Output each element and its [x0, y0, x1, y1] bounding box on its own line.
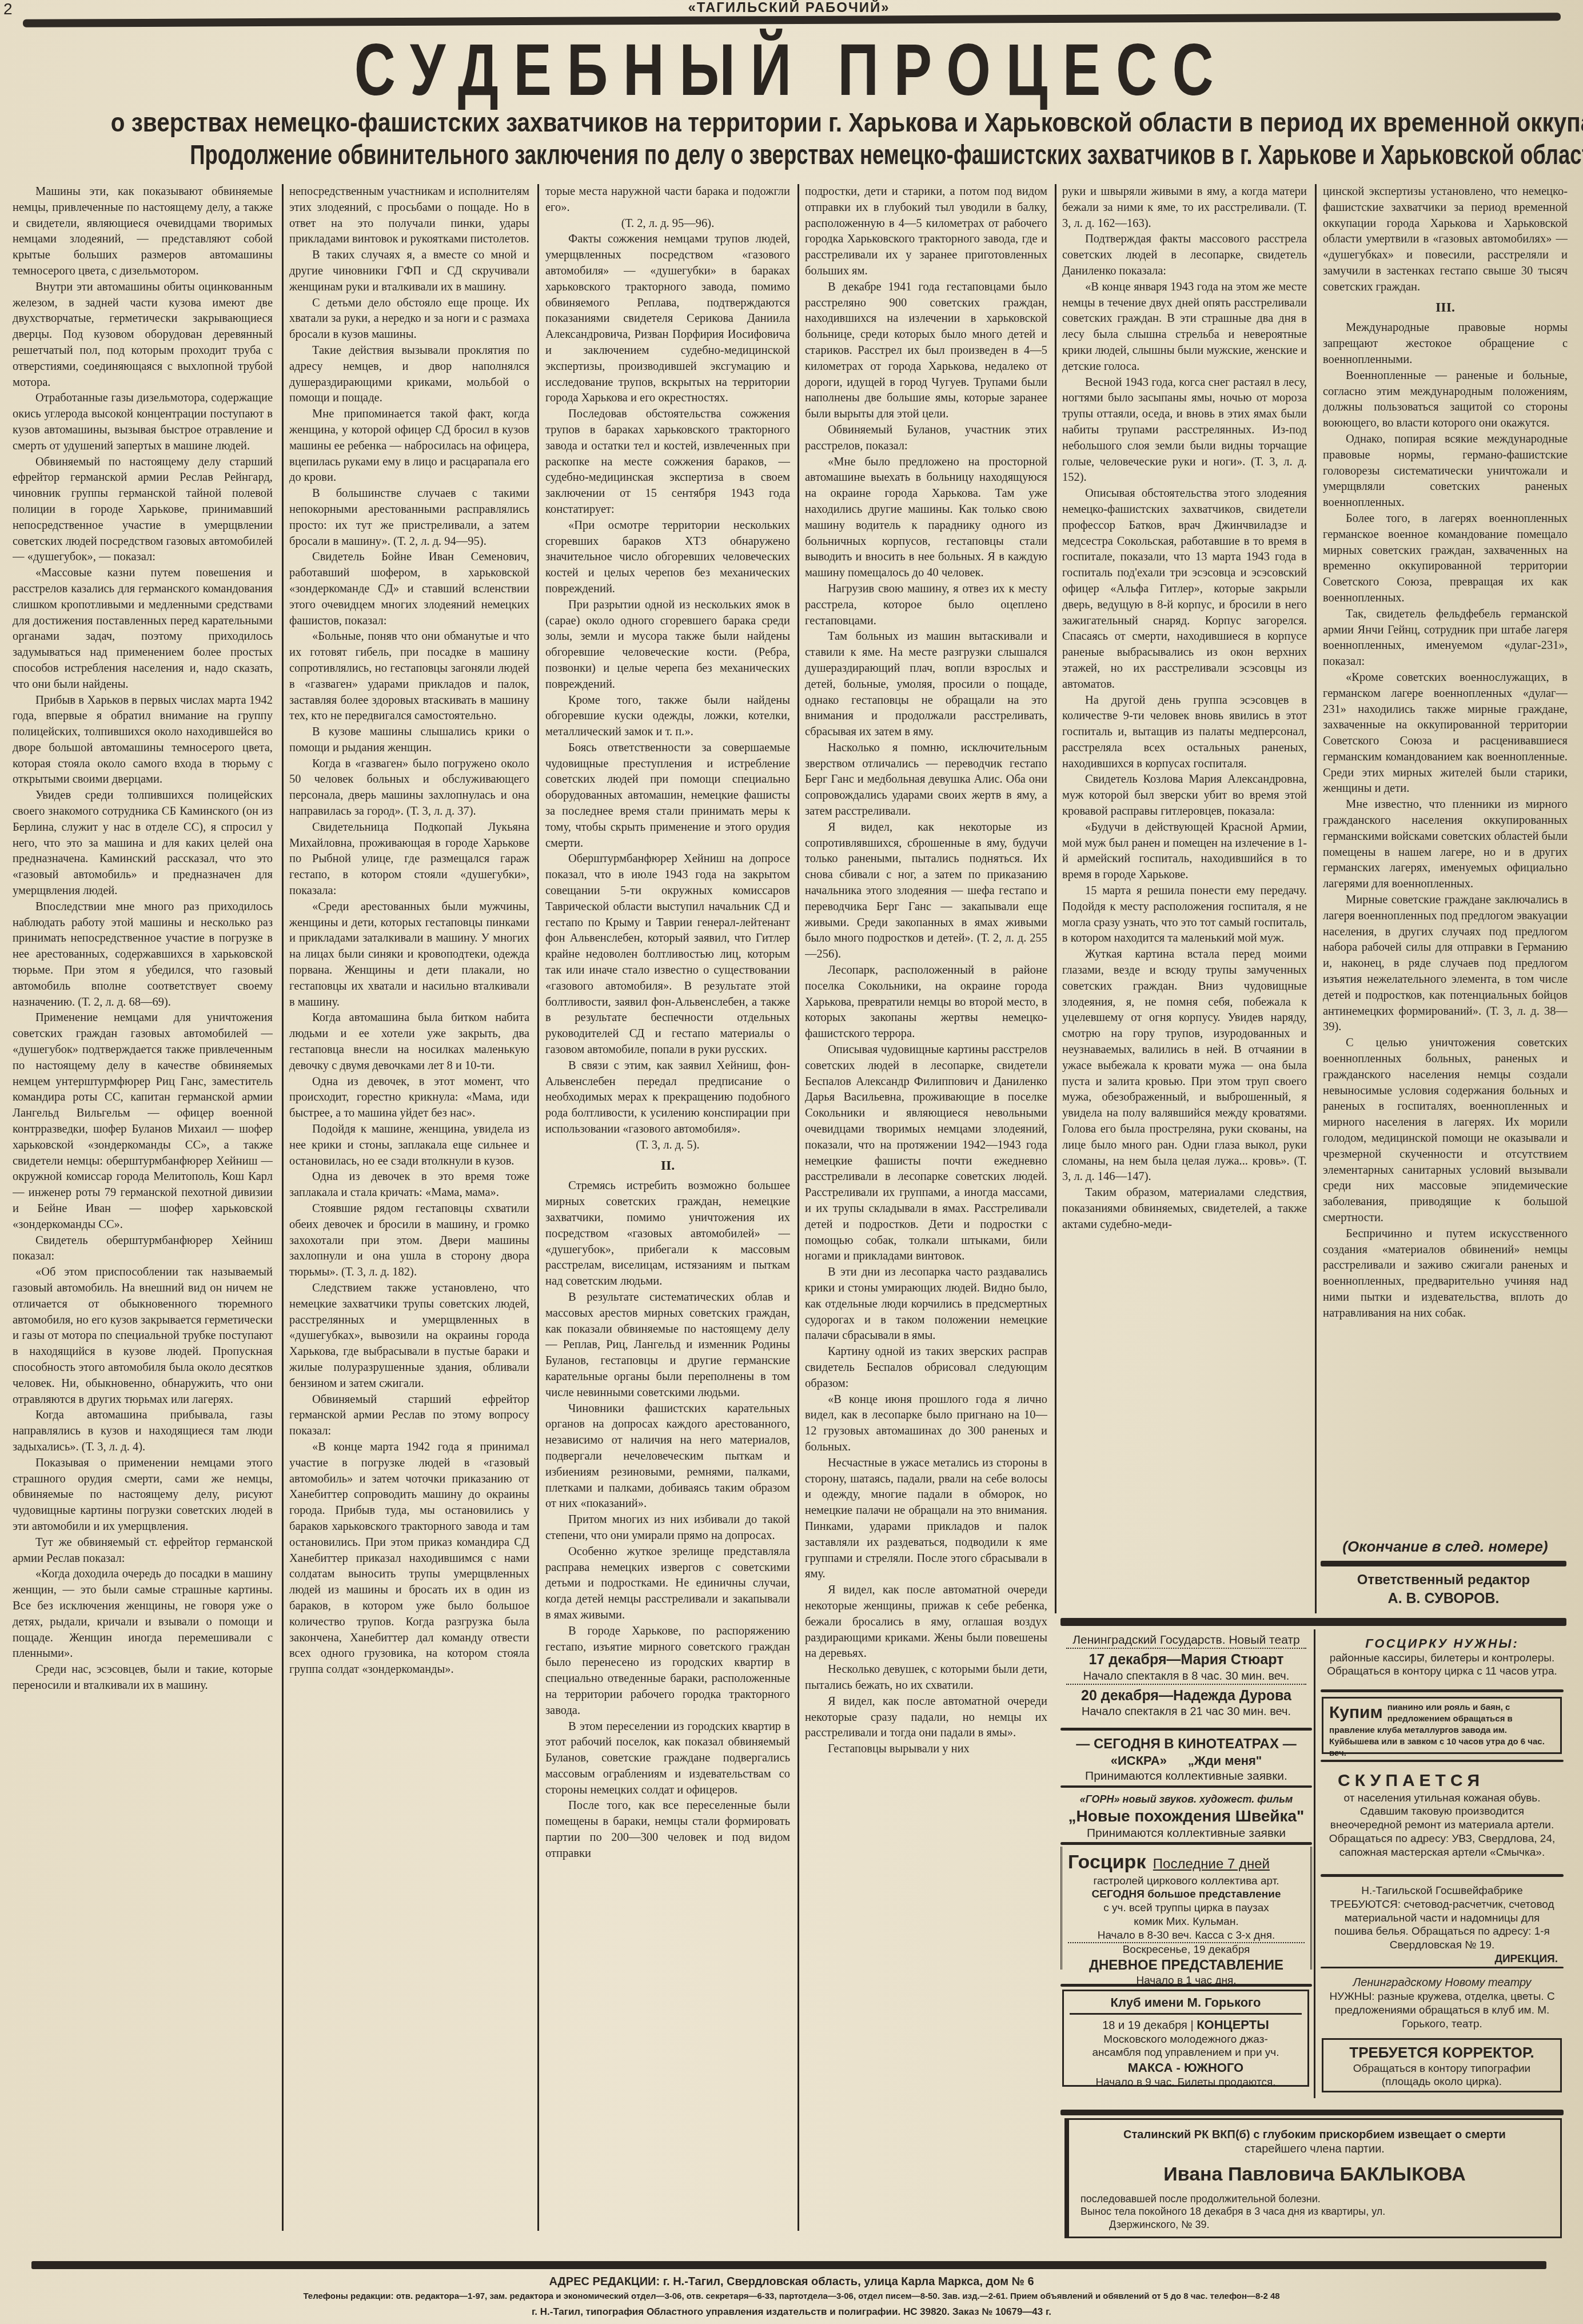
ad-corrector: ТРЕБУЕТСЯ КОРРЕКТОР. Обращаться в контор…	[1322, 2038, 1562, 2092]
paragraph: Свидетель оберштурмбанфюрер Хейниш показ…	[13, 1233, 273, 1265]
article-column-1: Машины эти, как показывают обвиняемые не…	[13, 184, 273, 2231]
section-heading-3: III.	[1323, 300, 1568, 316]
paragraph: Жуткая картина встала перед моими глазам…	[1062, 947, 1307, 1185]
paragraph: Несколько девушек, с которыми были дети,…	[805, 1662, 1047, 1694]
editor-rule	[1321, 1561, 1566, 1566]
paragraph: Факты сожжения немцами трупов людей, уме…	[545, 232, 790, 406]
new-theater-text: НУЖНЫ: разные кружева, отделка, цветы. С…	[1326, 1990, 1558, 2031]
paragraph: руки и швыряли живыми в яму, а когда мат…	[1062, 184, 1307, 232]
paragraph: Однако, попирая всякие международные пра…	[1323, 432, 1568, 511]
article-column-6: цинской экспертизы установлено, что неме…	[1323, 184, 1568, 1539]
column-divider	[537, 184, 539, 2231]
paragraph: На другой день группа эсэсовцев в количе…	[1062, 693, 1307, 772]
ad-shveyfabrika: Н.-Тагильской Госшвейфабрике ТРЕБУЮТСЯ: …	[1321, 1881, 1564, 1964]
paragraph: «Об этом приспособлении так называемый г…	[13, 1265, 273, 1408]
club-event: КОНЦЕРТЫ	[1197, 2018, 1269, 2032]
paragraph: Я видел, как после автоматной очереди не…	[805, 1582, 1047, 1662]
paragraph: С целью уничтожения советских военноплен…	[1323, 1035, 1568, 1226]
paragraph: «Мне было предложено на просторной автом…	[805, 455, 1047, 581]
paragraph: Так, свидетель фельдфебель германской ар…	[1323, 607, 1568, 670]
continuation-note: (Окончание в след. номере)	[1323, 1538, 1568, 1556]
paragraph: Международные правовые нормы запрещают ж…	[1323, 320, 1568, 368]
ad-circus: Госцирк Последние 7 дней гастролей цирко…	[1060, 1847, 1312, 1970]
circus-line: СЕГОДНЯ большое представление	[1068, 1888, 1305, 1902]
column-divider	[1315, 184, 1317, 1613]
column-divider	[282, 184, 284, 2231]
paragraph: Притом многих из них избивали до такой с…	[545, 1512, 790, 1544]
obituary-line: Вынос тела покойного 18 декабря в 3 часа…	[1075, 2205, 1554, 2218]
club-title: Клуб имени М. Горького	[1070, 1995, 1302, 2015]
club-line: ансамбля под управлением и при уч.	[1070, 2046, 1302, 2060]
paragraph: Лесопарк, расположенный в районе поселка…	[805, 963, 1047, 1042]
gorn-film: „Новые похождения Швейка"	[1066, 1806, 1306, 1826]
ad-new-theater-needs: Ленинградскому Новому театру НУЖНЫ: разн…	[1321, 1972, 1564, 2030]
kupim-title: Купим	[1329, 1702, 1383, 1724]
ads-top-rule	[1060, 1618, 1566, 1626]
paragraph: Оберштурмбанфюрер Хейниш на допросе пока…	[545, 851, 790, 1058]
circus-line: гастролей циркового коллектива арт.	[1068, 1875, 1305, 1888]
article-column-5: руки и швыряли живыми в яму, а когда мат…	[1062, 184, 1307, 1613]
paragraph: В городе Харькове, по распоряжению геста…	[545, 1624, 790, 1719]
paragraph: Машины эти, как показывают обвиняемые не…	[13, 184, 273, 280]
column-divider	[798, 184, 799, 2231]
circus-sunday: Воскресенье, 19 декабря	[1068, 1943, 1305, 1957]
ad-divider	[1060, 1728, 1312, 1731]
footer-address: АДРЕС РЕДАКЦИИ: г. Н.-Тагил, Свердловска…	[0, 2275, 1583, 2289]
club-line: Московского молодежного джаз-	[1070, 2033, 1302, 2047]
club-artist: МАКСА - ЮЖНОГО	[1070, 2060, 1302, 2076]
paragraph: Стоявшие рядом гестаповцы схватили обеих…	[289, 1201, 529, 1281]
paragraph: Последовав обстоятельства сожжения трупо…	[545, 406, 790, 518]
paragraph: Боясь ответственности за совершаемые чуд…	[545, 740, 790, 852]
ad-gorn-cinema: «ГОРН» новый звуков. художест. фильм „Но…	[1060, 1789, 1312, 1841]
paragraph: «В конце января 1943 года на этом же мес…	[1062, 280, 1307, 375]
paragraph: Внутри эти автомашины обиты оцинкованным…	[13, 280, 273, 391]
article-column-2: непосредственным участникам и исполнител…	[289, 184, 529, 2231]
shveyfabrika-line: Н.-Тагильской Госшвейфабрике	[1326, 1884, 1558, 1898]
paragraph: В результате систематических облав и мас…	[545, 1290, 790, 1401]
footer-printer: г. Н.-Тагил, типография Областного управ…	[0, 2306, 1583, 2318]
paragraph: Насколько я помню, исключительным зверст…	[805, 740, 1047, 820]
paragraph: Беспричинно и путем искусственного созда…	[1323, 1226, 1568, 1322]
gorn-line: «ГОРН» новый звуков. художест. фильм	[1066, 1793, 1306, 1806]
citation: (Т. 3, л. д. 5).	[545, 1138, 790, 1154]
ad-divider	[1321, 1689, 1564, 1692]
paragraph: торые места наружной части барака и подо…	[545, 184, 790, 216]
headline: СУДЕБНЫЙ ПРОЦЕСС	[174, 27, 1409, 113]
section-heading-2: II.	[545, 1158, 790, 1174]
editor-label: Ответственный редактор	[1321, 1572, 1566, 1588]
paragraph: Я видел, как некоторые из сопротивлявших…	[805, 820, 1047, 963]
ad-divider	[1060, 1785, 1312, 1788]
paragraph: Описывая чудовищные картины расстрелов с…	[805, 1042, 1047, 1265]
theater-title: Ленинградский Государств. Новый театр	[1066, 1633, 1306, 1649]
paragraph: После того, как все переселенные были по…	[545, 1798, 790, 1861]
skupaetsya-title: СКУПАЕТСЯ	[1326, 1770, 1558, 1792]
ad-divider	[1060, 1984, 1312, 1987]
goscirk-needs-text: районные кассиры, билетеры и контролеры.…	[1326, 1652, 1558, 1679]
circus-line: комик Мих. Кульман.	[1068, 1915, 1305, 1929]
continuation-heading: Продолжение обвинительного заключения по…	[190, 138, 1393, 173]
paragraph: Мне припоминается такой факт, когда женщ…	[289, 406, 529, 486]
paragraph: Гестаповцы вырывали у них	[805, 1741, 1047, 1757]
paragraph: Одна из девочек, в этот момент, что прои…	[289, 1074, 529, 1122]
paragraph: В кузове машины слышались крики о помощи…	[289, 724, 529, 756]
paper-name: «ТАГИЛЬСКИЙ РАБОЧИЙ»	[629, 0, 949, 16]
circus-line: с уч. всей труппы цирка в паузах	[1068, 1902, 1305, 1915]
paragraph: В связи с этим, как заявил Хейниш, фон-А…	[545, 1058, 790, 1138]
paragraph: непосредственным участникам и исполнител…	[289, 184, 529, 248]
theater-show-2-time: Начало спектакля в 21 час 30 мин. веч.	[1066, 1705, 1306, 1719]
obituary: Сталинский РК ВКП(б) с глубоким прискорб…	[1064, 2118, 1562, 2238]
editor-name: А. В. СУВОРОВ.	[1321, 1590, 1566, 1607]
paragraph: Мирные советские граждане заключались в …	[1323, 892, 1568, 1035]
paragraph: Обвиняемый старший ефрейтор германской а…	[289, 1392, 529, 1440]
paragraph: Обвиняемый Буланов, участник этих расстр…	[805, 422, 1047, 455]
obituary-line: Дзержинского, № 39.	[1075, 2218, 1554, 2231]
paragraph: подростки, дети и старики, а потом под в…	[805, 184, 1047, 280]
paragraph: цинской экспертизы установлено, что неме…	[1323, 184, 1568, 296]
theater-show-1-time: Начало спектакля в 8 час. 30 мин. веч.	[1066, 1669, 1306, 1685]
paragraph: Стремясь истребить возможно большее мирн…	[545, 1178, 790, 1290]
ad-divider	[1321, 1874, 1564, 1877]
paragraph: «При осмотре территории нескольких сгоре…	[545, 518, 790, 597]
paragraph: В декабре 1941 года гестаповцами было ра…	[805, 280, 1047, 422]
paragraph: Применение немцами для уничтожения совет…	[13, 1010, 273, 1233]
paragraph: Свидетель Козлова Мария Александровна, м…	[1062, 772, 1307, 819]
paragraph: Чиновники фашистских карательных органов…	[545, 1401, 790, 1513]
corrector-title: ТРЕБУЕТСЯ КОРРЕКТОР.	[1329, 2043, 1554, 2062]
shveyfabrika-text: ТРЕБУЮТСЯ: счетовод-расчетчик, счетовод …	[1326, 1898, 1558, 1952]
paragraph: Увидев среди толпившихся полицейских сво…	[13, 788, 273, 899]
paragraph: Описывая обстоятельства этого злодеяния …	[1062, 486, 1307, 692]
paragraph: В этом переселении из городских квартир …	[545, 1719, 790, 1799]
ad-kupim: Купим пианино или рояль и баян, с предло…	[1322, 1697, 1562, 1754]
circus-header: Госцирк Последние 7 дней	[1068, 1850, 1305, 1875]
ad-divider	[1060, 1842, 1312, 1845]
paragraph: Прибыв в Харьков в первых числах марта 1…	[13, 693, 273, 788]
circus-title: Госцирк	[1068, 1851, 1146, 1873]
club-dates: 18 и 19 декабря	[1102, 2019, 1187, 2032]
paragraph: 15 марта я решила понести ему передачу. …	[1062, 883, 1307, 947]
ad-cinema: — СЕГОДНЯ В КИНОТЕАТРАХ — «ИСКРА» „Жди м…	[1060, 1732, 1312, 1784]
paragraph: «Больные, поняв что они обманутые и что …	[289, 629, 529, 724]
paragraph: Следствием также установлено, что немецк…	[289, 1281, 529, 1392]
paragraph: Среди нас, эсэсовцев, были и такие, кото…	[13, 1662, 273, 1694]
paragraph: «Когда доходила очередь до посадки в маш…	[13, 1566, 273, 1662]
paragraph: «В конце марта 1942 года я принимал учас…	[289, 1440, 529, 1678]
paragraph: С детьми дело обстояло еще проще. Их хва…	[289, 296, 529, 343]
cinema-title: — СЕГОДНЯ В КИНОТЕАТРАХ —	[1066, 1736, 1306, 1753]
cinema-film: „Жди меня"	[1188, 1753, 1262, 1768]
cinema-note: Принимаются коллективные заявки.	[1066, 1769, 1306, 1784]
paragraph: Кроме того, также были найдены обгоревши…	[545, 693, 790, 740]
goscirk-needs-title: ГОСЦИРКУ НУЖНЫ:	[1326, 1636, 1558, 1652]
ads-divider	[1314, 1629, 1315, 2098]
circus-matinee: ДНЕВНОЕ ПРЕДСТАВЛЕНИЕ	[1068, 1957, 1305, 1974]
ad-club-concert: Клуб имени М. Горького 18 и 19 декабря |…	[1062, 1990, 1309, 2087]
paragraph: Показывая о применении немцами этого стр…	[13, 1456, 273, 1535]
paragraph: Подтверждая факты массового расстрела со…	[1062, 232, 1307, 279]
paragraph: В эти дни из лесопарка часто раздавались…	[805, 1265, 1047, 1344]
circus-subtitle: Последние 7 дней	[1153, 1856, 1270, 1872]
editor-block: Ответственный редактор А. В. СУВОРОВ.	[1321, 1572, 1566, 1607]
cinema-venue: «ИСКРА»	[1111, 1753, 1167, 1768]
paragraph: «Будучи в действующей Красной Армии, мой…	[1062, 820, 1307, 883]
newspaper-page: 2 «ТАГИЛЬСКИЙ РАБОЧИЙ» СУДЕБНЫЙ ПРОЦЕСС …	[0, 0, 1583, 2324]
new-theater-line: Ленинградскому Новому театру	[1326, 1976, 1558, 1990]
cinema-listing: «ИСКРА» „Жди меня"	[1066, 1753, 1306, 1769]
ad-divider	[1321, 1760, 1564, 1762]
paragraph: Таким образом, материалами следствия, по…	[1062, 1185, 1307, 1233]
paragraph: Особенно жуткое зрелище представляла рас…	[545, 1544, 790, 1624]
subheadline: о зверствах немецко-фашистских захватчик…	[111, 106, 1472, 138]
corrector-text: Обращаться в контору типографии (площадь…	[1329, 2062, 1554, 2090]
obituary-line: Сталинский РК ВКП(б) с глубоким прискорб…	[1075, 2128, 1554, 2142]
article-column-4: подростки, дети и старики, а потом под в…	[805, 184, 1047, 2231]
circus-line: Начало в 8-30 веч. Касса с 3-х дня.	[1068, 1929, 1305, 1944]
obituary-top-rule	[1060, 2110, 1564, 2115]
club-dates-row: 18 и 19 декабря | КОНЦЕРТЫ	[1070, 2017, 1302, 2033]
paragraph: Отработанные газы дизельмотора, содержащ…	[13, 390, 273, 454]
gorn-note: Принимаются коллективные заявки	[1066, 1826, 1306, 1841]
ad-goscirk-needs: ГОСЦИРКУ НУЖНЫ: районные кассиры, билете…	[1321, 1632, 1564, 1687]
paragraph: Там больных из машин вытаскивали и стави…	[805, 629, 1047, 740]
paragraph: «В конце июня прошлого года я лично виде…	[805, 1392, 1047, 1456]
paragraph: Подойдя к машине, женщина, увидела из не…	[289, 1122, 529, 1169]
paragraph: Обвиняемый по настоящему делу старший еф…	[13, 455, 273, 566]
paragraph: «Кроме советских военнослужащих, в герма…	[1323, 670, 1568, 797]
paragraph: Такие действия вызывали проклятия по адр…	[289, 343, 529, 406]
paragraph: «Массовые казни путем повешения и расстр…	[13, 565, 273, 692]
theater-show-1: 17 декабря—Мария Стюарт	[1066, 1651, 1306, 1669]
paragraph: Свидетель Бойне Иван Семенович, работавш…	[289, 549, 529, 629]
paragraph: Когда в «газваген» было погружено около …	[289, 756, 529, 820]
footer-phones: Телефоны редакции: отв. редактора—1-97, …	[0, 2291, 1583, 2301]
shveyfabrika-sign: ДИРЕКЦИЯ.	[1326, 1952, 1558, 1966]
ad-theater: Ленинградский Государств. Новый театр 17…	[1060, 1629, 1312, 1727]
paragraph: Весной 1943 года, когса снег растаял в л…	[1062, 375, 1307, 487]
theater-show-2: 20 декабря—Надежда Дурова	[1066, 1687, 1306, 1705]
obituary-name: Ивана Павловича БАКЛЫКОВА	[1075, 2162, 1554, 2187]
paragraph: Мне известно, что пленники из мирного гр…	[1323, 797, 1568, 892]
paragraph: Свидетельница Подкопай Лукьяна Михайловн…	[289, 820, 529, 899]
paragraph: В большинстве случаев с такими непокорны…	[289, 486, 529, 549]
paragraph: Впоследствии мне много раз приходилось н…	[13, 899, 273, 1011]
footer-rule	[31, 2261, 1546, 2269]
paragraph: Тут же обвиняемый ст. ефрейтор германско…	[13, 1535, 273, 1567]
paragraph: Когда автомашина прибывала, газы направл…	[13, 1408, 273, 1455]
paragraph: Я видел, как после автоматной очереди не…	[805, 1694, 1047, 1741]
ad-skupaetsya: СКУПАЕТСЯ от населения утильная кожаная …	[1321, 1767, 1564, 1867]
obituary-line: старейшего члена партии.	[1075, 2142, 1554, 2156]
paragraph: Одна из девочек в это время тоже заплака…	[289, 1169, 529, 1201]
paragraph: «Среди арестованных были мужчины, женщин…	[289, 899, 529, 1011]
article-column-3: торые места наружной части барака и подо…	[545, 184, 790, 2231]
ad-divider	[1321, 1967, 1564, 1968]
paragraph: При разрытии одной из нескольких ямок в …	[545, 597, 790, 693]
paragraph: Несчастные в ужасе метались из стороны в…	[805, 1456, 1047, 1582]
skupaetsya-text: от населения утильная кожаная обувь. Сда…	[1326, 1792, 1558, 1860]
paragraph: Более того, в лагерях военнопленных герм…	[1323, 511, 1568, 607]
paragraph: Когда автомашина была битком набита людь…	[289, 1010, 529, 1074]
obituary-line: последовавшей после продолжительной боле…	[1075, 2193, 1554, 2206]
club-time: Начало в 9 час. Билеты продаются.	[1070, 2076, 1302, 2090]
citation: (Т. 2, л. д. 95—96).	[545, 216, 790, 232]
paragraph: Картину одной из таких зверских расправ …	[805, 1344, 1047, 1392]
column-divider	[1055, 184, 1056, 1613]
paragraph: В таких случаях я, а вместе со мной и др…	[289, 248, 529, 295]
paragraph: Военнопленные — раненые и больные, согла…	[1323, 368, 1568, 432]
page-number: 2	[3, 0, 13, 18]
paragraph: Нагрузив свою машину, я отвез их к месту…	[805, 581, 1047, 629]
